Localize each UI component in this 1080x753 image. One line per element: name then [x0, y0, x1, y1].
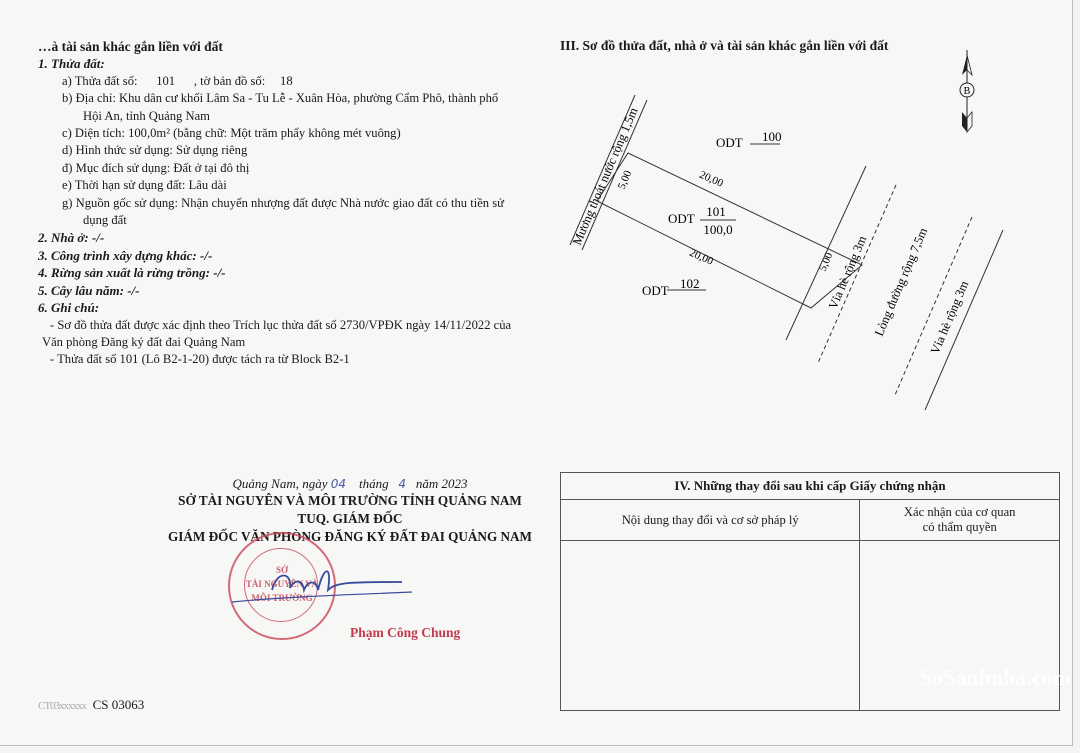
land-info-section: …à tài sản khác gắn liền với đất 1. Thửa…: [38, 38, 538, 369]
section-header: …à tài sản khác gắn liền với đất: [38, 38, 538, 55]
serial-number: CT03xxxxxx CS 03063: [38, 697, 144, 713]
address-line2: Hội An, tỉnh Quảng Nam: [38, 108, 538, 125]
note2: - Thửa đất số 101 (Lô B2-1-20) được tách…: [38, 351, 538, 368]
col-change-content: Nội dung thay đổi và cơ sở pháp lý: [561, 500, 860, 541]
svg-text:ODT: ODT: [642, 283, 669, 298]
address-line1: b) Địa chỉ: Khu dân cư khối Lâm Sa - Tu …: [38, 90, 538, 107]
other-construction-line: 3. Công trình xây dựng khác: -/-: [38, 247, 538, 264]
svg-text:ODT: ODT: [716, 135, 743, 150]
watermark-logo: SoSanhnha.com: [920, 665, 1071, 691]
svg-text:ODT: ODT: [668, 211, 695, 226]
change-content-cell: [561, 541, 860, 711]
serial-blurred: CT03xxxxxx: [38, 700, 86, 712]
svg-text:Lòng đường rộng 7,5m: Lòng đường rộng 7,5m: [872, 226, 930, 339]
area-line: c) Diện tích: 100,0m² (bằng chữ: Một tră…: [38, 125, 538, 142]
parcel-number: 101: [141, 73, 191, 90]
parcel-line: a) Thửa đất số: 101 , tờ bản đồ số: 18: [38, 73, 538, 90]
svg-text:B: B: [964, 86, 971, 97]
note1-line2: Văn phòng Đăng ký đất đai Quảng Nam: [38, 334, 538, 351]
origin-line2: dụng đất: [38, 212, 538, 229]
issue-date: Quảng Nam, ngày 04 tháng 4 năm 2023: [160, 476, 540, 492]
svg-text:5,00: 5,00: [616, 168, 635, 191]
map-number: 18: [268, 73, 304, 90]
map-label: , tờ bản đồ số:: [194, 74, 265, 88]
usage-purpose-line: đ) Mục đích sử dụng: Đất ở tại đô thị: [38, 160, 538, 177]
parcel-diagram: B Mương thoát nước rộng 1,5m 20,00 20,00…: [540, 50, 1060, 430]
origin-line1: g) Nguồn gốc sử dụng: Nhận chuyển nhượng…: [38, 195, 538, 212]
col-authority-confirmation: Xác nhận của cơ quan có thẩm quyền: [860, 500, 1060, 541]
forest-line: 4. Rừng sản xuất là rừng trồng: -/-: [38, 264, 538, 281]
svg-text:100,0: 100,0: [703, 222, 732, 237]
issuing-department: SỞ TÀI NGUYÊN VÀ MÔI TRƯỜNG TỈNH QUẢNG N…: [160, 492, 540, 510]
usage-term-line: e) Thời hạn sử dụng đất: Lâu dài: [38, 177, 538, 194]
signer-title: GIÁM ĐỐC VĂN PHÒNG ĐĂNG KÝ ĐẤT ĐAI QUẢNG…: [160, 528, 540, 546]
note1-line1: - Sơ đồ thửa đất được xác định theo Tríc…: [38, 317, 538, 334]
svg-text:20,00: 20,00: [697, 169, 725, 190]
svg-text:100: 100: [762, 129, 782, 144]
serial-code: CS 03063: [93, 697, 145, 712]
north-arrow-icon: B: [960, 50, 974, 132]
issue-day: 04: [331, 477, 346, 491]
signer-name: Phạm Công Chung: [350, 625, 460, 641]
parcel-label: a) Thửa đất số:: [62, 74, 138, 88]
perennial-line: 5. Cây lâu năm: -/-: [38, 282, 538, 299]
authorization-line: TUQ. GIÁM ĐỐC: [160, 510, 540, 528]
land-title: 1. Thửa đất:: [38, 55, 538, 72]
usage-form-line: d) Hình thức sử dụng: Sử dụng riêng: [38, 142, 538, 159]
certificate-page: …à tài sản khác gắn liền với đất 1. Thửa…: [0, 0, 1073, 746]
signature-block: Quảng Nam, ngày 04 tháng 4 năm 2023 SỞ T…: [160, 476, 540, 546]
handwritten-signature: [232, 560, 412, 610]
svg-text:102: 102: [680, 276, 700, 291]
svg-text:20,00: 20,00: [687, 247, 715, 268]
issue-month: 4: [398, 477, 406, 491]
changes-title: IV. Những thay đổi sau khi cấp Giấy chứn…: [561, 473, 1060, 500]
svg-text:101: 101: [706, 204, 726, 219]
svg-text:Vỉa hè rộng 3m: Vỉa hè rộng 3m: [826, 234, 870, 312]
house-line: 2. Nhà ở: -/-: [38, 229, 538, 246]
notes-title: 6. Ghi chú:: [38, 299, 538, 316]
